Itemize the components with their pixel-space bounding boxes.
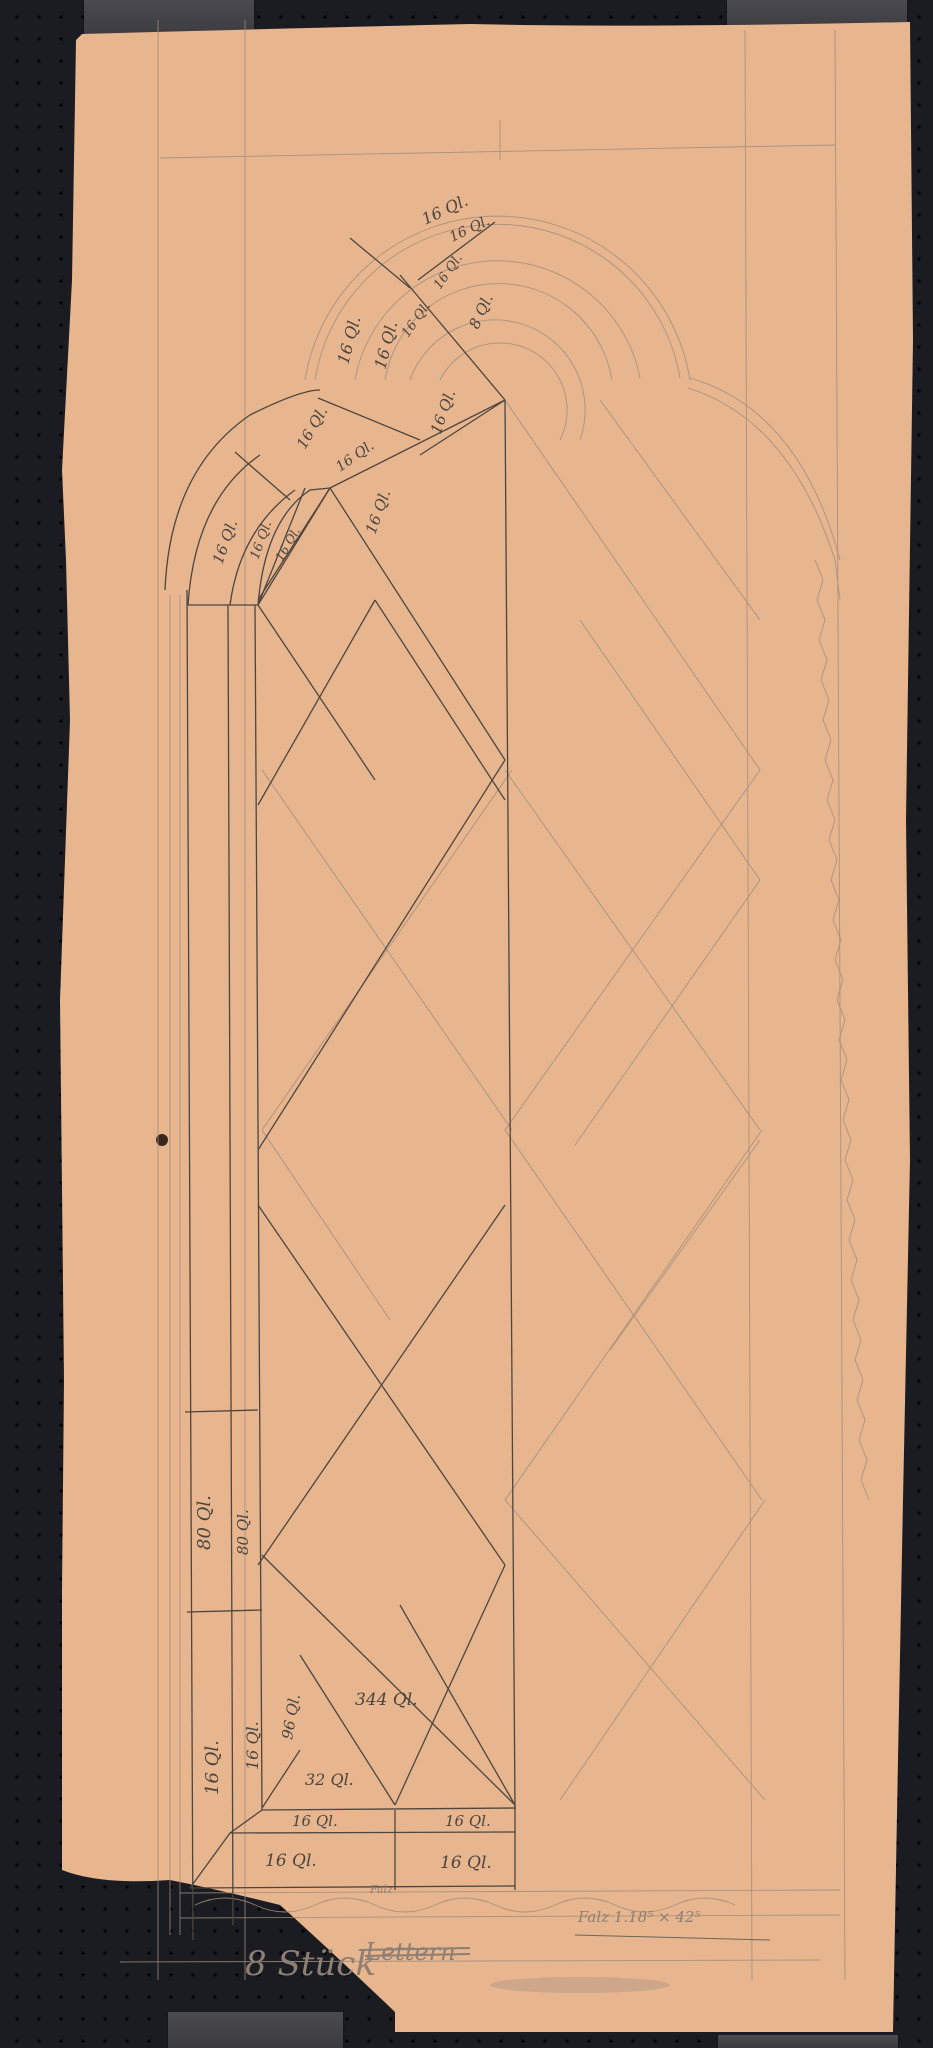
tape-bottom-right xyxy=(718,2035,898,2048)
struck-annotation: Lettern xyxy=(360,1938,470,1966)
tape-bottom-left xyxy=(168,2012,343,2048)
label-bottom-inner-left: 16 Ql. xyxy=(292,1812,338,1830)
label-bottom-inner-right: 16 Ql. xyxy=(445,1812,491,1830)
annotation-dimensions: Falz 1.18⁵ × 42⁵ xyxy=(577,1908,700,1926)
paper xyxy=(60,22,913,2032)
label-falz-small: Falz xyxy=(369,1883,393,1896)
label-side-outer-lower: 16 Ql. xyxy=(202,1740,223,1795)
label-side-outer-upper: 80 Ql. xyxy=(194,1495,215,1550)
annotation-struck-word: Lettern xyxy=(364,1938,456,1966)
annotation-quantity: 8 Stück xyxy=(245,1944,376,1984)
label-bottom-outer-right: 16 Ql. xyxy=(440,1853,492,1873)
label-field-corner: 32 Ql. xyxy=(305,1770,354,1789)
drawing-sheet: 16 Ql. 16 Ql. 16 Ql. 16 Ql. 16 Ql. 16 Ql… xyxy=(0,0,933,2048)
label-bottom-outer-left: 16 Ql. xyxy=(265,1851,317,1871)
label-field-center: 344 Ql. xyxy=(355,1690,418,1710)
label-side-inner-upper: 80 Ql. xyxy=(234,1509,252,1555)
label-side-inner-lower: 16 Ql. xyxy=(243,1721,262,1770)
